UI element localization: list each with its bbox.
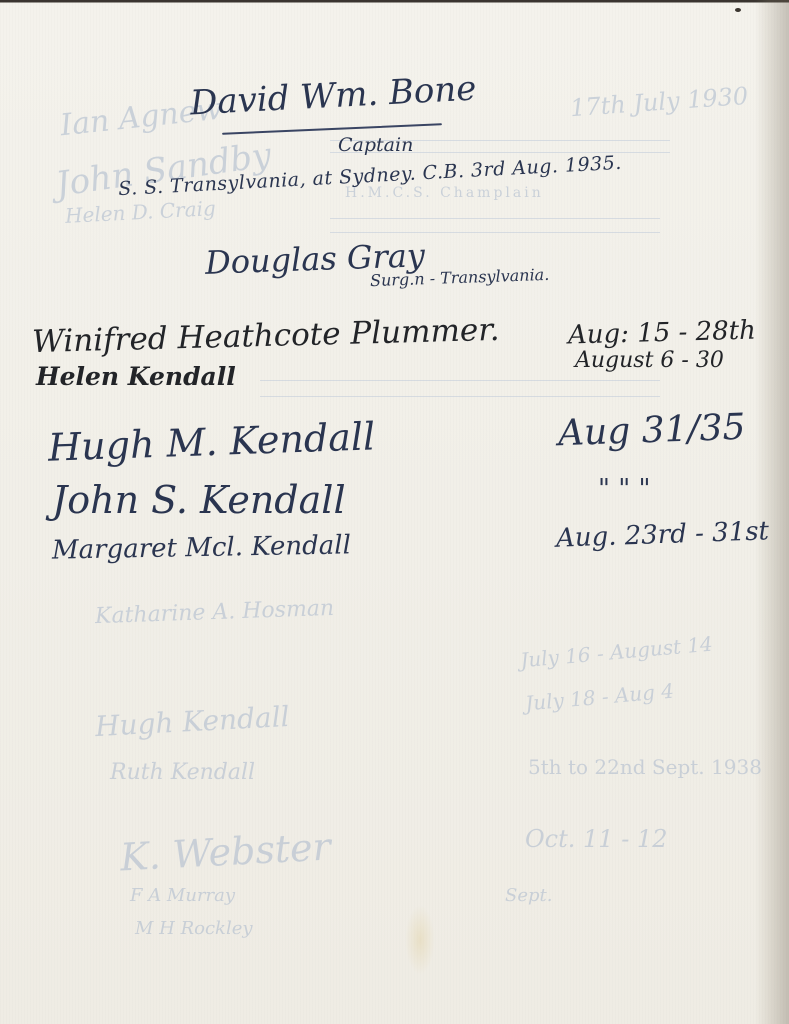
- visitor-name: Winifred Heathcote Plummer.: [32, 312, 500, 360]
- visitor-dates: Aug. 23rd - 31st: [556, 516, 770, 553]
- ghost-text: Hugh Kendall: [94, 700, 290, 743]
- paper-stain: [405, 905, 435, 975]
- ghost-staff-line: [260, 380, 660, 381]
- visitor-name: Helen Kendall: [36, 362, 236, 391]
- ghost-text: July 18 - Aug 4: [524, 679, 675, 716]
- ghost-text: Katharine A. Hosman: [95, 596, 335, 629]
- ghost-text: 17th July 1930: [569, 82, 749, 122]
- ghost-text: Ruth Kendall: [110, 760, 255, 785]
- captain-signature: David Wm. Bone: [189, 69, 477, 124]
- paper-speck: [735, 8, 741, 12]
- guestbook-page: Ian Agnew 17th July 1930 John Sandby Hel…: [0, 0, 789, 1024]
- ghost-text: F A Murray: [130, 885, 235, 906]
- ghost-text: H.M.C.S. Champlain: [345, 185, 544, 201]
- ghost-text: 5th to 22nd Sept. 1938: [528, 755, 762, 779]
- ghost-text: Sept.: [505, 885, 552, 906]
- visitor-dates: Aug 31/35: [557, 407, 746, 455]
- ghost-text: M H Rockley: [135, 918, 253, 939]
- captain-title: Captain: [338, 134, 413, 156]
- visitor-name: Margaret Mcl. Kendall: [52, 530, 351, 565]
- ghost-staff-line: [330, 218, 660, 219]
- ghost-text: K. Webster: [119, 825, 332, 880]
- visitor-dates: August 6 - 30: [575, 348, 724, 373]
- visitor-dates: Aug: 15 - 28th: [568, 316, 757, 351]
- visitor-name: Hugh M. Kendall: [47, 414, 376, 469]
- visitor-dates: " " ": [598, 474, 650, 504]
- ghost-text: Oct. 11 - 12: [525, 825, 667, 853]
- ghost-staff-line: [330, 232, 660, 233]
- ghost-text: July 16 - August 14: [519, 632, 713, 673]
- ghost-staff-line: [260, 396, 660, 397]
- visitor-name: John S. Kendall: [52, 478, 346, 522]
